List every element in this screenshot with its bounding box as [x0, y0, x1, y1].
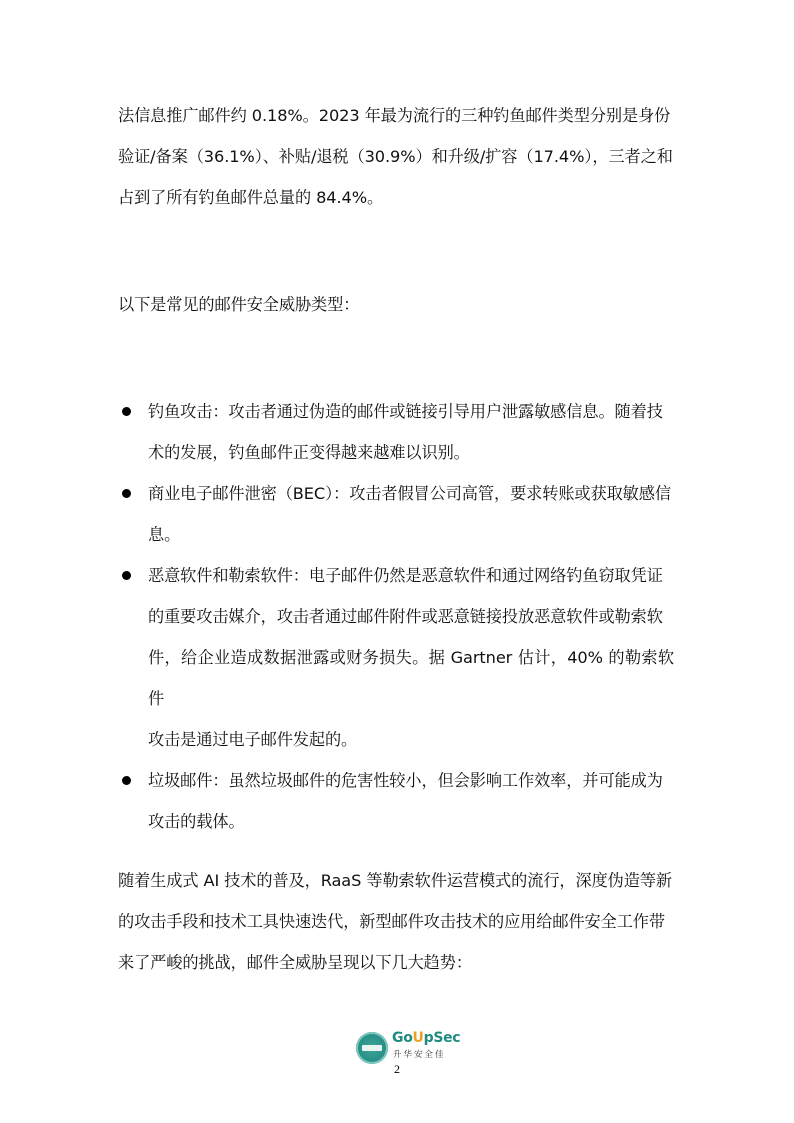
text-line: 商业电子邮件泄密（BEC）：攻击者假冒公司高管，要求转账或获取敏感信: [148, 473, 674, 514]
list-item-bec: 商业电子邮件泄密（BEC）：攻击者假冒公司高管，要求转账或获取敏感信 息。: [118, 473, 674, 555]
text-line: 件，给企业造成数据泄露或财务损失。据 Gartner 估计，40% 的勒索软件: [148, 637, 674, 719]
text-line: 攻击的载体。: [148, 801, 674, 842]
bullet-icon: [122, 776, 131, 785]
text-line: 随着生成式 AI 技术的普及，RaaS 等勒索软件运营模式的流行，深度伪造等新: [118, 860, 674, 901]
list-item-malware-ransomware: 恶意软件和勒索软件：电子邮件仍然是恶意软件和通过网络钓鱼窃取凭证 的重要攻击媒介…: [118, 555, 674, 760]
threat-list: 钓鱼攻击：攻击者通过伪造的邮件或链接引导用户泄露敏感信息。随着技 术的发展，钓鱼…: [118, 391, 674, 842]
goupsec-seal-icon: [356, 1032, 388, 1064]
text-line: 验证/备案（36.1%）、补贴/退税（30.9%）和升级/扩容（17.4%），三…: [118, 136, 674, 177]
footer-logo: GoUpSec 升华安全佳: [356, 1030, 456, 1090]
text-line: 占到了所有钓鱼邮件总量的 84.4%。: [118, 177, 674, 218]
text-line: 钓鱼攻击：攻击者通过伪造的邮件或链接引导用户泄露敏感信息。随着技: [148, 391, 674, 432]
document-page: 法信息推广邮件约 0.18%。2023 年最为流行的三种钓鱼邮件类型分别是身份 …: [0, 0, 794, 1123]
text-line: 垃圾邮件：虽然垃圾邮件的危害性较小，但会影响工作效率，并可能成为: [148, 760, 674, 801]
list-item-phishing: 钓鱼攻击：攻击者通过伪造的邮件或链接引导用户泄露敏感信息。随着技 术的发展，钓鱼…: [118, 391, 674, 473]
bullet-icon: [122, 571, 131, 580]
list-item-spam: 垃圾邮件：虽然垃圾邮件的危害性较小，但会影响工作效率，并可能成为 攻击的载体。: [118, 760, 674, 842]
bullet-icon: [122, 489, 131, 498]
text-line: 息。: [148, 514, 674, 555]
brand-name-chinese: 升华安全佳: [393, 1048, 446, 1060]
paragraph-phishing-stats: 法信息推广邮件约 0.18%。2023 年最为流行的三种钓鱼邮件类型分别是身份 …: [118, 95, 674, 218]
brand-name: GoUpSec: [392, 1030, 460, 1046]
text-line: 的重要攻击媒介，攻击者通过邮件附件或恶意链接投放恶意软件或勒索软: [148, 596, 674, 637]
text-line: 攻击是通过电子邮件发起的。: [148, 719, 674, 760]
text-line: 的攻击手段和技术工具快速迭代，新型邮件攻击技术的应用给邮件安全工作带: [118, 901, 674, 942]
text-line: 来了严峻的挑战，邮件全威胁呈现以下几大趋势：: [118, 942, 674, 983]
page-number: 2: [394, 1062, 400, 1077]
text-line: 法信息推广邮件约 0.18%。2023 年最为流行的三种钓鱼邮件类型分别是身份: [118, 95, 674, 136]
text-line: 术的发展，钓鱼邮件正变得越来越难以识别。: [148, 432, 674, 473]
paragraph-threat-intro: 以下是常见的邮件安全威胁类型：: [118, 284, 674, 325]
paragraph-trends-intro: 随着生成式 AI 技术的普及，RaaS 等勒索软件运营模式的流行，深度伪造等新 …: [118, 860, 674, 983]
text-line: 恶意软件和勒索软件：电子邮件仍然是恶意软件和通过网络钓鱼窃取凭证: [148, 555, 674, 596]
bullet-icon: [122, 407, 131, 416]
